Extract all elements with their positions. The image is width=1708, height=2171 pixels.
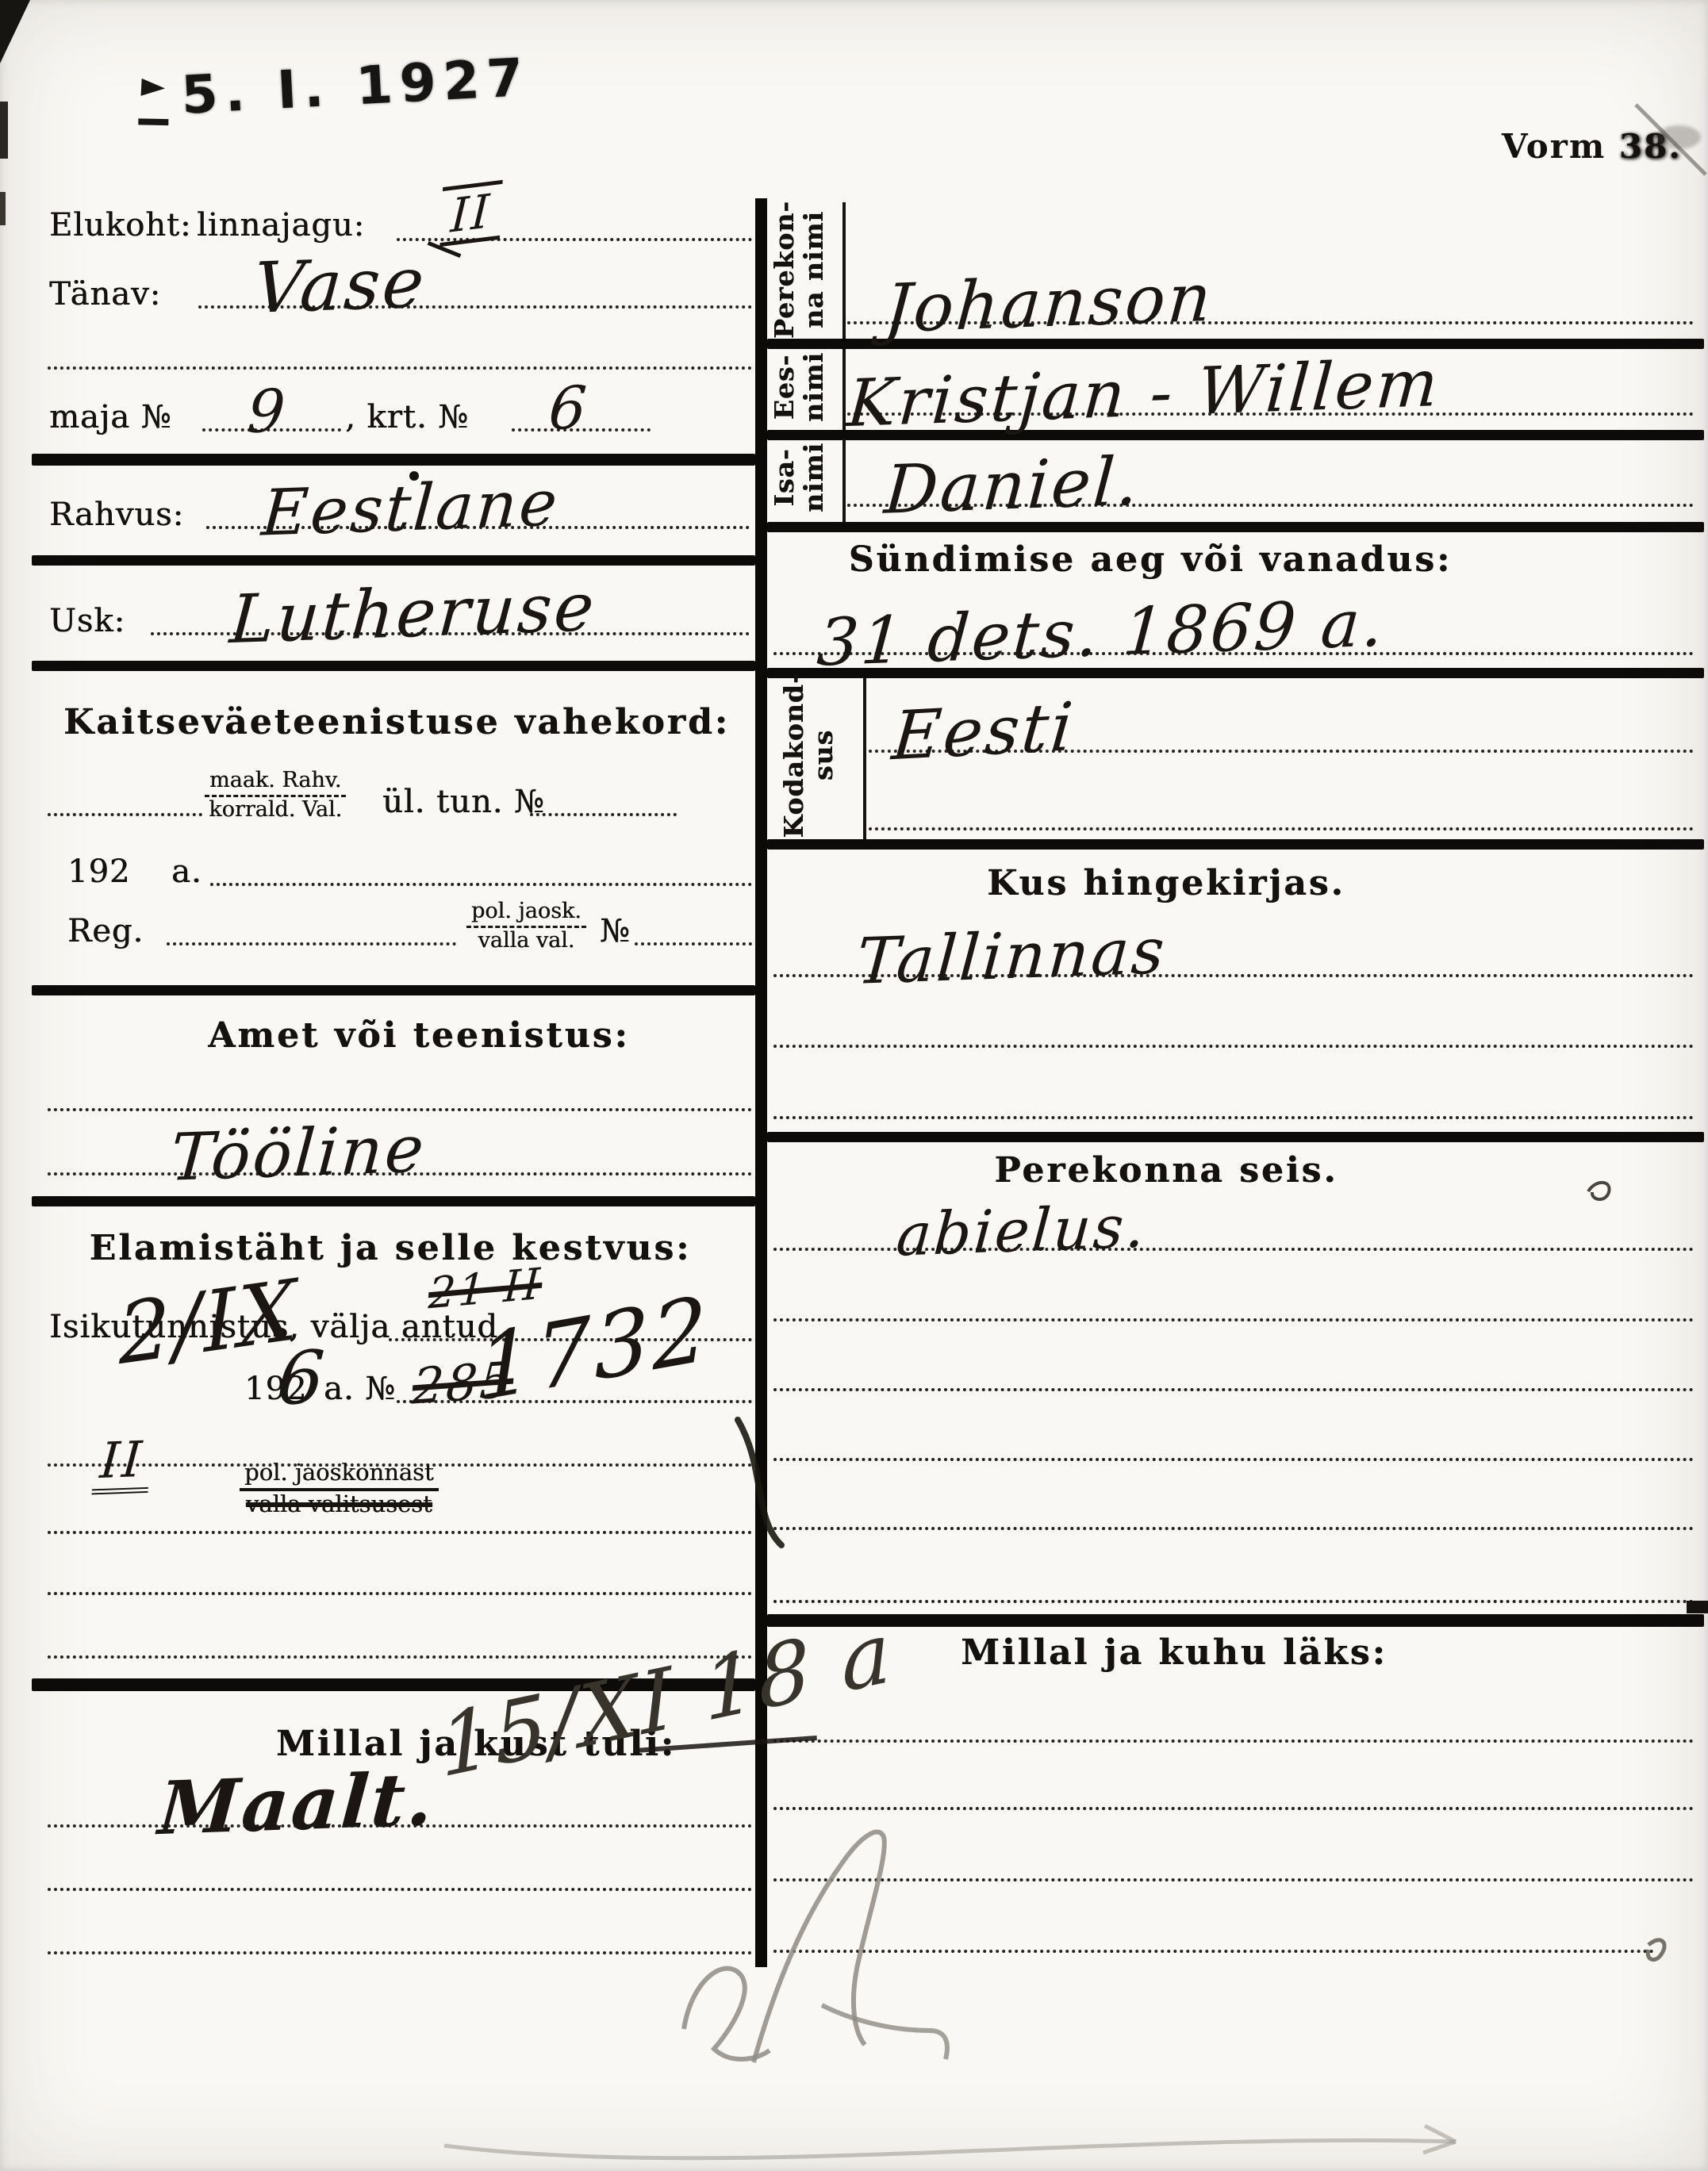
dotted-line: [773, 1045, 1694, 1048]
military-year-label: 192: [67, 856, 130, 888]
pencil-squiggle: [1588, 1183, 1610, 1199]
registration-card: 5. I. 1927 Vorm 38.: [0, 0, 1708, 2171]
reg-no-sign: №: [600, 915, 631, 947]
dotted-line: [773, 1950, 1654, 1953]
dotted-line: [48, 813, 202, 816]
elukoht-label: Elukoht:: [49, 209, 191, 241]
rule: [32, 985, 755, 995]
fraction-bottom: valla val.: [478, 928, 575, 953]
fraction-bottom: korrald. Val.: [209, 797, 342, 822]
dotted-line: [167, 942, 456, 945]
vertical-label-line: nimi: [800, 443, 829, 512]
rule: [32, 661, 755, 671]
dotted-line: [869, 827, 1694, 830]
dotted-line: [773, 1527, 1694, 1530]
maja-label: maja №: [49, 401, 172, 433]
id-date-crossed-handwritten: 21 II: [428, 1263, 543, 1316]
permit-heading: Elamistäht ja selle kestvus:: [90, 1231, 692, 1266]
stamp-date: 5. I. 1927: [180, 47, 532, 126]
linnajagu-label: linnajagu:: [197, 209, 365, 241]
scan-edge-artifact: [0, 192, 6, 225]
id-date-handwritten: 2/IX: [117, 1268, 301, 1378]
form-number: Vorm 38.: [1502, 127, 1682, 166]
stamp-dash-icon: [138, 118, 168, 125]
citizenship-handwritten: Eesti: [889, 693, 1077, 770]
registry-heading: Kus hingekirjas.: [987, 866, 1345, 901]
rule: [767, 1614, 1704, 1627]
religion-handwritten: Lutheruse: [228, 573, 598, 653]
marital-heading: Perekonna seis.: [994, 1153, 1338, 1188]
vertical-label-line: Kodakond-: [780, 672, 809, 838]
fraction-bottom-struck: valla valitsusest: [246, 1491, 432, 1517]
dotted-line: [773, 1807, 1694, 1810]
nationality-handwritten: Eestlane: [259, 471, 561, 545]
name-label-separator: [842, 202, 846, 524]
rule: [32, 454, 755, 466]
ink-dot: [409, 471, 419, 481]
scan-smudge: [1656, 125, 1701, 149]
rule: [32, 1196, 755, 1206]
dotted-line: [635, 942, 752, 945]
fathername-vertical-label: Isa- nimi: [764, 390, 835, 565]
fraction-top: maak. Rahv.: [205, 768, 346, 797]
registry-handwritten: Tallinnas: [854, 919, 1169, 994]
dotted-line: [48, 366, 752, 370]
rahvus-label: Rahvus:: [49, 499, 184, 531]
rule: [767, 1132, 1704, 1142]
pencil-signature-stroke: [822, 2005, 947, 2059]
dotted-line: [48, 1951, 752, 1954]
fraction-top: pol. jaosk.: [466, 899, 586, 928]
street-handwritten: Vase: [251, 247, 428, 324]
reg-authority-fraction: pol. jaosk. valla val.: [466, 899, 586, 953]
scan-corner-artifact: [0, 0, 30, 63]
district-handwritten: II: [439, 180, 502, 247]
dotted-line: [773, 1388, 1694, 1391]
tanav-label: Tänav:: [49, 278, 161, 310]
year-digit-handwritten: 6: [275, 1341, 329, 1416]
dotted-line: [773, 1600, 1694, 1603]
dotted-line: [48, 1888, 752, 1891]
dotted-line: [210, 883, 752, 886]
dotted-line: [48, 1108, 752, 1111]
fraction-top: pol. jaoskonnast: [240, 1459, 439, 1491]
pencil-signature-stroke: [754, 1832, 885, 2062]
usk-label: Usk:: [49, 605, 125, 637]
rule: [767, 839, 1704, 850]
apt-no-handwritten: 6: [547, 378, 590, 439]
rule: [32, 555, 755, 566]
dotted-line: [48, 1592, 752, 1595]
form-number-label: Vorm: [1502, 127, 1606, 166]
fathername-handwritten: Daniel.: [882, 447, 1142, 524]
arrival-place-handwritten: Maalt.: [156, 1762, 438, 1845]
pencil-signature-stroke: [684, 1969, 770, 2059]
dotted-line: [773, 1739, 1694, 1743]
dotted-line: [773, 1458, 1694, 1461]
vertical-label-line: sus: [809, 730, 839, 781]
scan-edge-artifact: [1687, 1601, 1708, 1613]
occupation-handwritten: Tööline: [168, 1117, 428, 1191]
birth-heading: Sündimise aeg või vanadus:: [849, 543, 1452, 577]
krt-label: , krt. №: [345, 401, 469, 433]
roman-two-handwritten: II: [91, 1435, 152, 1495]
marital-handwritten: abielus.: [895, 1197, 1150, 1264]
stamp-arrow-icon: [141, 79, 166, 98]
issuer-fraction: pol. jaoskonnast valla valitsusest: [240, 1459, 439, 1518]
scan-edge-artifact: [0, 102, 8, 159]
citizenship-label-separator: [863, 674, 866, 841]
firstname-handwritten: Kristjan - Willem: [845, 351, 1442, 437]
citizenship-vertical-label: Kodakond- sus: [773, 668, 845, 842]
pencil-arrow-icon: [1423, 2126, 1456, 2153]
dotted-line: [530, 813, 677, 816]
dotted-line: [773, 1878, 1694, 1881]
occupation-heading: Amet või teenistus:: [208, 1018, 629, 1053]
dotted-line: [773, 1116, 1694, 1119]
military-authority-fraction: maak. Rahv. korrald. Val.: [205, 768, 346, 822]
dotted-line: [48, 1531, 752, 1534]
dotted-line: [773, 1318, 1694, 1321]
house-no-handwritten: 9: [245, 382, 289, 442]
permit-a-no-label: a. №: [324, 1373, 396, 1405]
tun-label: ül. tun. №: [382, 786, 545, 818]
military-heading: Kaitseväeteenistuse vahekord:: [63, 705, 730, 740]
departure-heading: Millal ja kuhu läks:: [961, 1636, 1388, 1670]
military-year-a: a.: [171, 856, 202, 888]
pencil-underline-stroke: [444, 2140, 1456, 2158]
birthdate-handwritten: 31 dets. 1869 a.: [815, 591, 1388, 676]
vertical-label-line: Isa-: [770, 448, 800, 506]
reg-label: Reg.: [67, 915, 144, 947]
surname-handwritten: Johanson: [882, 264, 1215, 343]
